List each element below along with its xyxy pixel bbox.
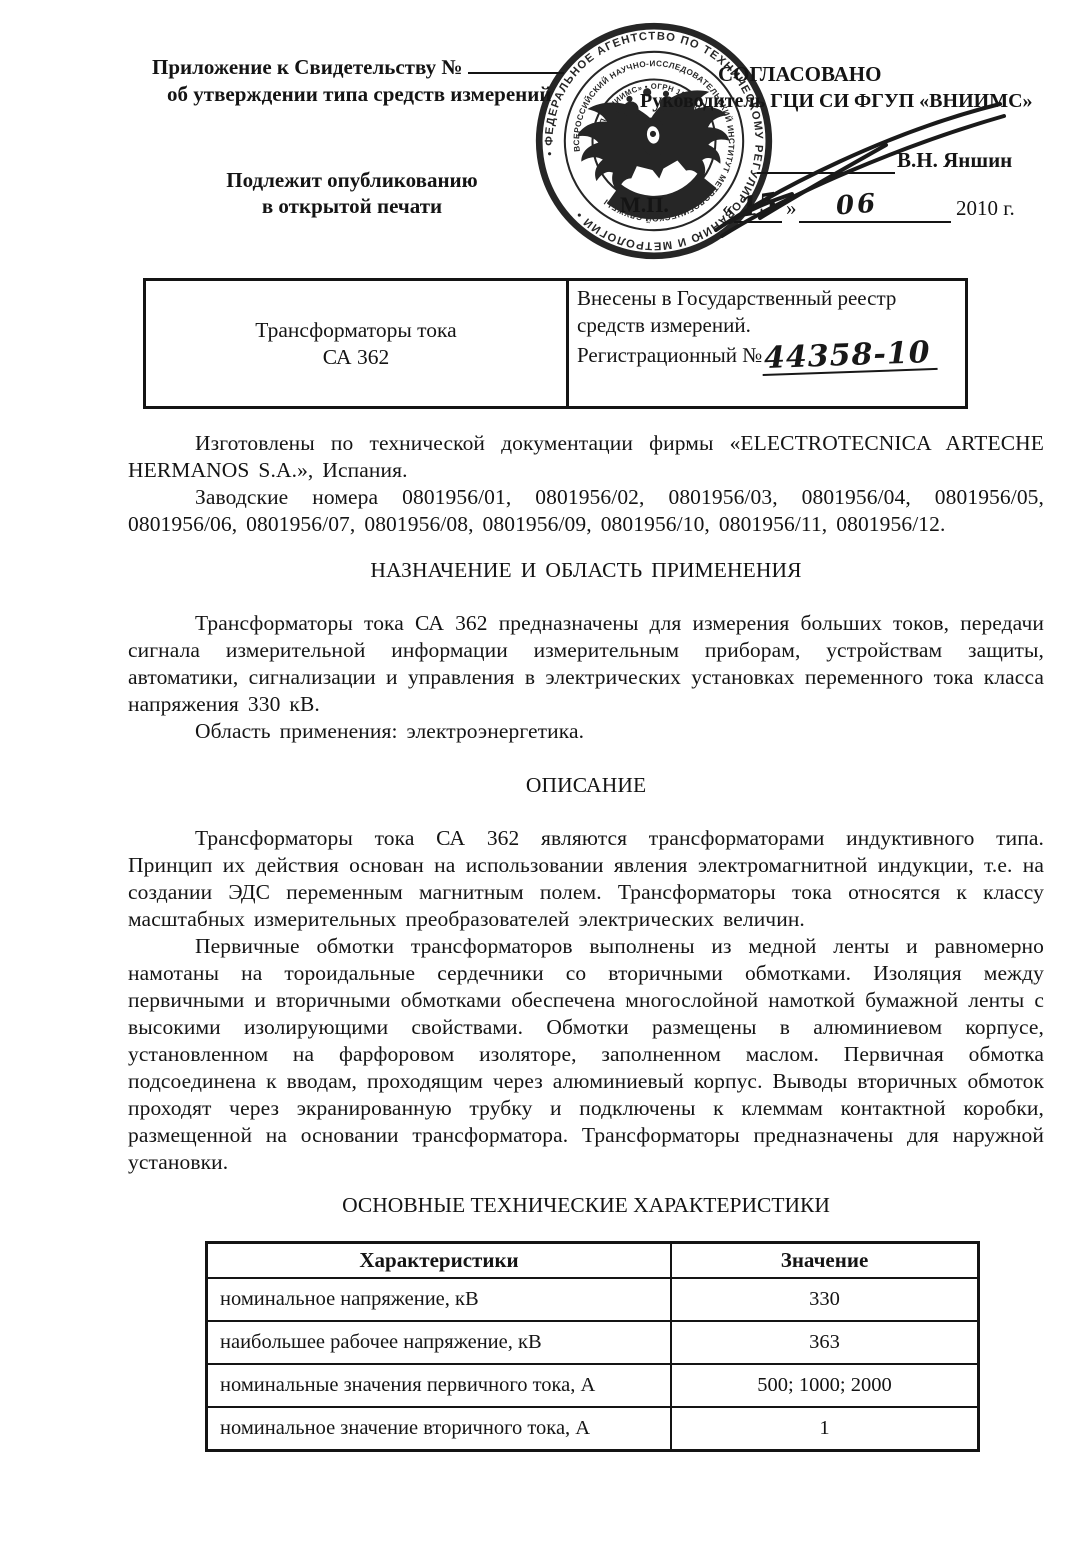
spec-value: 363 — [671, 1321, 979, 1364]
scanned-certificate-page: { "document": { "appendix": { "line1": "… — [0, 0, 1092, 1560]
table-header-row: Характеристики Значение — [207, 1243, 979, 1279]
spec-value: 1 — [671, 1407, 979, 1451]
specifications-table: Характеристики Значение номинальное напр… — [205, 1241, 980, 1452]
table-row: номинальное напряжение, кВ 330 — [207, 1278, 979, 1321]
paragraph-serial-numbers: Заводские номера 0801956/01, 0801956/02,… — [128, 484, 1044, 538]
table-row: номинальные значения первичного тока, А … — [207, 1364, 979, 1407]
registration-number-label: Регистрационный № — [577, 343, 762, 367]
spec-value: 330 — [671, 1278, 979, 1321]
spec-name: номинальное значение вторичного тока, А — [207, 1407, 672, 1451]
specifications-table-wrapper: Характеристики Значение номинальное напр… — [205, 1241, 980, 1452]
heading-description: ОПИСАНИЕ — [128, 772, 1044, 799]
paragraph-manufactured: Изготовлены по технической документации … — [128, 430, 1044, 484]
paragraph-description-2: Первичные обмотки трансформаторов выполн… — [128, 933, 1044, 1176]
heading-specifications: ОСНОВНЫЕ ТЕХНИЧЕСКИЕ ХАРАКТЕРИСТИКИ — [128, 1193, 1044, 1218]
spec-name: наибольшее рабочее напряжение, кВ — [207, 1321, 672, 1364]
device-model: СА 362 — [146, 344, 566, 371]
paragraph-application-area: Область применения: электроэнергетика. — [128, 718, 1044, 745]
publish-note: Подлежит опубликованию в открытой печати — [220, 167, 484, 219]
appendix-line1-text: Приложение к Свидетельству № — [152, 55, 462, 79]
table-row: наибольшее рабочее напряжение, кВ 363 — [207, 1321, 979, 1364]
document-body: Изготовлены по технической документации … — [128, 430, 1044, 1176]
spec-name: номинальные значения первичного тока, А — [207, 1364, 672, 1407]
publish-line2: в открытой печати — [220, 193, 484, 219]
registry-line2: средств измерений. — [577, 312, 957, 339]
registry-box: Трансформаторы тока СА 362 Внесены в Гос… — [143, 278, 968, 409]
table-row: номинальное значение вторичного тока, А … — [207, 1407, 979, 1451]
appendix-line2: об утверждении типа средств измерений — [152, 81, 564, 108]
appendix-note: Приложение к Свидетельству № об утвержде… — [152, 54, 564, 108]
column-header-characteristics: Характеристики — [207, 1243, 672, 1279]
device-name: Трансформаторы тока — [146, 317, 566, 344]
registry-box-registration-cell: Внесены в Государственный реестр средств… — [566, 281, 965, 406]
paragraph-purpose: Трансформаторы тока СА 362 предназначены… — [128, 610, 1044, 718]
heading-purpose: НАЗНАЧЕНИЕ И ОБЛАСТЬ ПРИМЕНЕНИЯ — [128, 557, 1044, 584]
handwritten-signature — [708, 90, 1008, 240]
handwritten-registration-number: 44358-10 — [762, 338, 938, 376]
column-header-value: Значение — [671, 1243, 979, 1279]
appendix-line1: Приложение к Свидетельству № — [152, 54, 564, 81]
paragraph-description-1: Трансформаторы тока СА 362 являются тран… — [128, 825, 1044, 933]
spec-value: 500; 1000; 2000 — [671, 1364, 979, 1407]
registry-line1: Внесены в Государственный реестр — [577, 285, 957, 312]
registry-line3: Регистрационный №44358-10 — [577, 338, 957, 370]
registry-box-device-cell: Трансформаторы тока СА 362 — [146, 281, 566, 406]
stamp-place-label: М.П. — [620, 192, 669, 218]
publish-line1: Подлежит опубликованию — [220, 167, 484, 193]
spec-name: номинальное напряжение, кВ — [207, 1278, 672, 1321]
